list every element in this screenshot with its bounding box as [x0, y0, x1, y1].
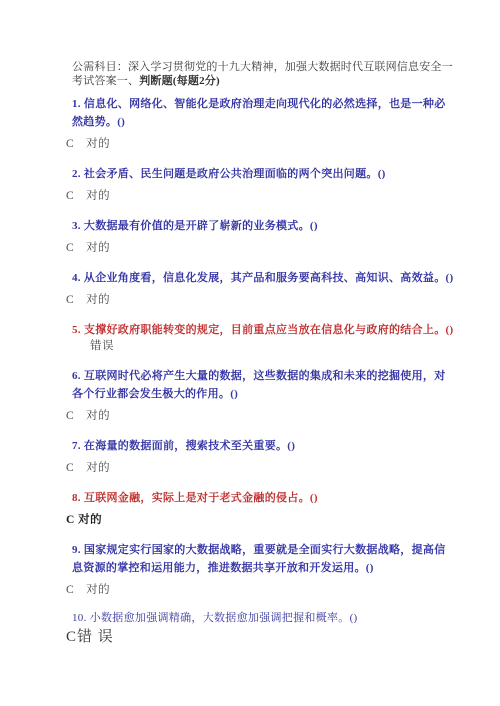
header-title-text: 公需科目：深入学习贯彻党的十九大精神，加强大数据时代互联网信息安全一	[72, 61, 453, 73]
answer-2: C 对的	[66, 189, 456, 203]
question-block-2: 2. 社会矛盾、民生问题是政府公共治理面临的两个突出问题。() C 对的	[72, 165, 456, 203]
question-block-7: 7. 在海量的数据面前，搜索技术至关重要。() C 对的	[72, 437, 456, 475]
answer-7: C 对的	[66, 461, 456, 475]
question-block-8: 8. 互联网金融，实际上是对于老式金融的侵占。() C 对的	[72, 489, 456, 527]
answer-4: C 对的	[66, 293, 456, 307]
question-1-text: 1. 信息化、网络化、智能化是政府治理走向现代化的必然选择，也是一种必然趋势。(…	[72, 95, 456, 131]
question-3-text: 3. 大数据最有价值的是开辟了崭新的业务模式。()	[72, 217, 456, 235]
header-line1: 公需科目：深入学习贯彻党的十九大精神，加强大数据时代互联网信息安全一	[72, 60, 456, 74]
question-4-text: 4. 从企业角度看，信息化发展，其产品和服务要高科技、高知识、高效益。()	[72, 269, 456, 287]
answer-10: C错 误	[66, 628, 456, 646]
question-8-text: 8. 互联网金融，实际上是对于老式金融的侵占。()	[72, 489, 456, 507]
question-block-9: 9. 国家规定实行国家的大数据战略，重要就是全面实行大数据战略，提高信息资源的掌…	[72, 541, 456, 597]
question-block-6: 6. 互联网时代必将产生大量的数据，这些数据的集成和未来的挖掘使用，对各个行业都…	[72, 367, 456, 423]
answer-6: C 对的	[66, 409, 456, 423]
answer-3: C 对的	[66, 241, 456, 255]
document-header: 公需科目：深入学习贯彻党的十九大精神，加强大数据时代互联网信息安全一 考试答案一…	[72, 60, 456, 88]
header-section-label: 判断题(每题2分)	[139, 75, 220, 87]
question-5-text: 5. 支撑好政府职能转变的规定，目前重点应当放在信息化与政府的结合上。()	[72, 321, 456, 339]
answer-1: C 对的	[66, 137, 456, 151]
header-answer-key-label: 考试答案一、	[72, 75, 139, 87]
question-block-4: 4. 从企业角度看，信息化发展，其产品和服务要高科技、高知识、高效益。() C …	[72, 269, 456, 307]
question-9-text: 9. 国家规定实行国家的大数据战略，重要就是全面实行大数据战略，提高信息资源的掌…	[72, 541, 456, 577]
question-block-5: 5. 支撑好政府职能转变的规定，目前重点应当放在信息化与政府的结合上。() 错误	[72, 321, 456, 353]
question-6-text: 6. 互联网时代必将产生大量的数据，这些数据的集成和未来的挖掘使用，对各个行业都…	[72, 367, 456, 403]
question-7-text: 7. 在海量的数据面前，搜索技术至关重要。()	[72, 437, 456, 455]
answer-8: C 对的	[66, 513, 456, 527]
question-10-text: 10. 小数据愈加强调精确，大数据愈加强调把握和概率。()	[72, 611, 456, 626]
question-2-text: 2. 社会矛盾、民生问题是政府公共治理面临的两个突出问题。()	[72, 165, 456, 183]
question-block-1: 1. 信息化、网络化、智能化是政府治理走向现代化的必然选择，也是一种必然趋势。(…	[72, 95, 456, 151]
answer-5: 错误	[90, 339, 456, 353]
question-block-10: 10. 小数据愈加强调精确，大数据愈加强调把握和概率。() C错 误	[72, 611, 456, 646]
answer-9: C 对的	[66, 583, 456, 597]
question-block-3: 3. 大数据最有价值的是开辟了崭新的业务模式。() C 对的	[72, 217, 456, 255]
header-line2: 考试答案一、判断题(每题2分)	[72, 74, 456, 88]
document-page: 公需科目：深入学习贯彻党的十九大精神，加强大数据时代互联网信息安全一 考试答案一…	[0, 0, 500, 706]
